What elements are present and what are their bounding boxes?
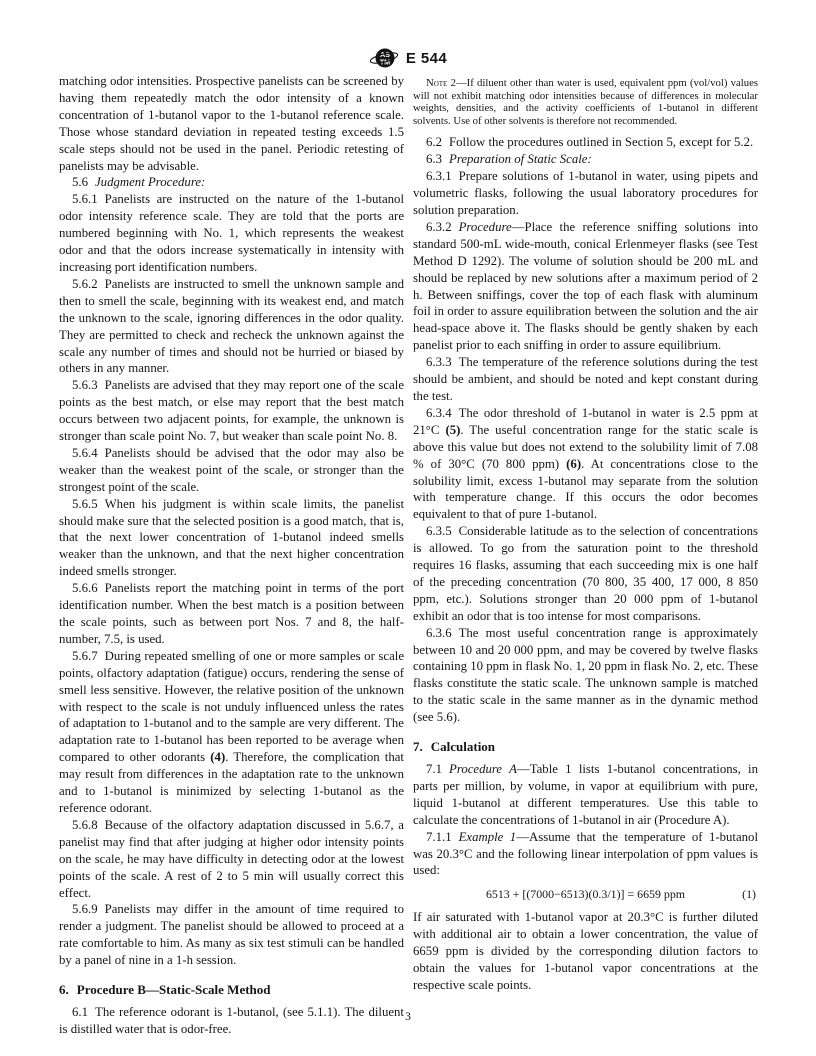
paragraph-7-1: 7.1Procedure A—Table 1 lists 1-butanol c… <box>413 761 758 829</box>
paragraph-5-6-3: 5.6.3Panelists are advised that they may… <box>59 377 404 445</box>
paragraph-5-6-7: 5.6.7During repeated smelling of one or … <box>59 648 404 817</box>
equation-number: (1) <box>742 886 756 903</box>
note-label: Note <box>426 77 447 89</box>
paragraph-6-3-3: 6.3.3The temperature of the reference so… <box>413 354 758 405</box>
astm-logo-icon: AS TM <box>369 46 399 70</box>
equation-1: 6513 + [(7000−6513)(0.3/1)] = 6659 ppm (… <box>413 886 758 903</box>
right-column: Note 2—If diluent other than water is us… <box>413 73 758 1038</box>
note-2: Note 2—If diluent other than water is us… <box>413 77 758 127</box>
paragraph-5-6-5: 5.6.5When his judgment is within scale l… <box>59 496 404 581</box>
paragraph-6-3-1: 6.3.1Prepare solutions of 1-butanol in w… <box>413 168 758 219</box>
paragraph-6-3-2: 6.3.2Procedure—Place the reference sniff… <box>413 219 758 354</box>
page-number: 3 <box>0 1011 816 1023</box>
left-column: matching odor intensities. Prospective p… <box>59 73 404 1038</box>
paragraph-5-6-8: 5.6.8Because of the olfactory adaptation… <box>59 817 404 902</box>
paragraph-5-6-4: 5.6.4Panelists should be advised that th… <box>59 445 404 496</box>
paragraph-5-6-2: 5.6.2Panelists are instructed to smell t… <box>59 276 404 377</box>
document-page: { "header": { "logo": "astm-logo", "doc_… <box>0 0 816 1056</box>
paragraph-final: If air saturated with 1-butanol vapor at… <box>413 909 758 994</box>
paragraph-6-2: 6.2Follow the procedures outlined in Sec… <box>413 134 758 151</box>
bold-reference-6: (6) <box>566 457 581 471</box>
paragraph-continuation: matching odor intensities. Prospective p… <box>59 73 404 174</box>
paragraph-7-1-1: 7.1.1Example 1—Assume that the temperatu… <box>413 829 758 880</box>
paragraph-5-6-1: 5.6.1Panelists are instructed on the nat… <box>59 191 404 276</box>
doc-code: E 544 <box>406 50 447 67</box>
paragraph-5-6: 5.6Judgment Procedure: <box>59 174 404 191</box>
paragraph-5-6-6: 5.6.6Panelists report the matching point… <box>59 580 404 648</box>
page-header: AS TM E 544 <box>0 46 816 70</box>
paragraph-6-3-6: 6.3.6The most useful concentration range… <box>413 625 758 726</box>
bold-reference-5: (5) <box>445 423 460 437</box>
section-heading-6: 6.Procedure B—Static-Scale Method <box>59 982 404 999</box>
bold-reference-4: (4) <box>210 750 225 764</box>
paragraph-6-3-4: 6.3.4The odor threshold of 1-butanol in … <box>413 405 758 523</box>
paragraph-6-3: 6.3Preparation of Static Scale: <box>413 151 758 168</box>
paragraph-5-6-9: 5.6.9Panelists may differ in the amount … <box>59 901 404 969</box>
paragraph-6-3-5: 6.3.5Considerable latitude as to the sel… <box>413 523 758 624</box>
two-column-text: matching odor intensities. Prospective p… <box>59 73 758 1038</box>
section-heading-7: 7.Calculation <box>413 739 758 756</box>
equation-body: 6513 + [(7000−6513)(0.3/1)] = 6659 ppm <box>486 887 685 901</box>
